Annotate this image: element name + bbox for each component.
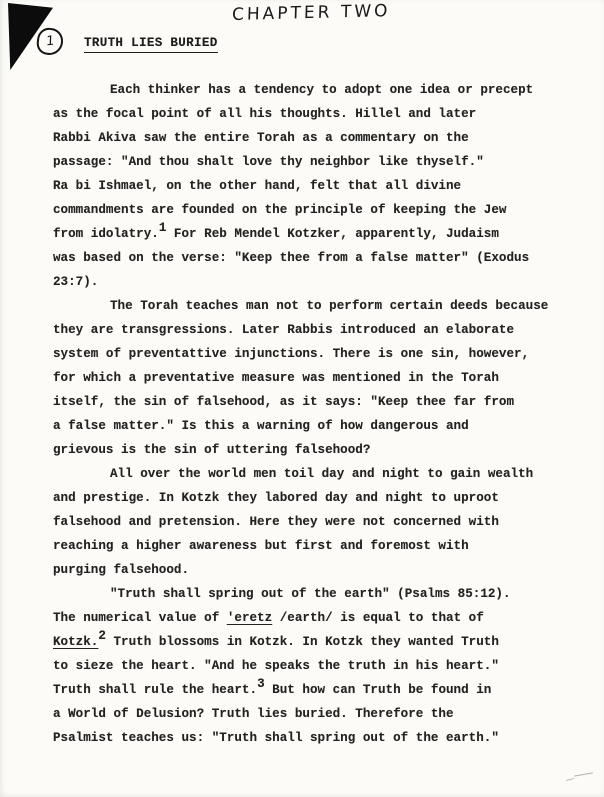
text-line: commandments are founded on the principl… [53, 198, 558, 222]
text-line: they are transgressions. Later Rabbis in… [53, 318, 558, 342]
paragraph: All over the world men toil day and nigh… [53, 462, 558, 582]
text-line: The numerical value of 'eretz /earth/ is… [53, 606, 558, 630]
pencil-mark-icon [574, 772, 593, 776]
underlined-word: 'eretz [227, 611, 272, 625]
text-line: passage: "And thou shalt love thy neighb… [53, 150, 558, 174]
text-line: All over the world men toil day and nigh… [53, 462, 558, 486]
page-number: 1 [45, 34, 54, 50]
text-line: Rabbi Akiva saw the entire Torah as a co… [53, 126, 558, 150]
text-line: "Truth shall spring out of the earth" (P… [53, 582, 558, 606]
text-line: 23:7). [53, 270, 558, 294]
footnote-superscript: 2 [98, 629, 106, 643]
document-body: Each thinker has a tendency to adopt one… [53, 78, 558, 750]
paragraph: Each thinker has a tendency to adopt one… [53, 78, 558, 294]
text-line: Each thinker has a tendency to adopt one… [53, 78, 558, 102]
page-number-badge: 1 [35, 27, 64, 57]
text-line: falsehood and pretension. Here they were… [53, 510, 558, 534]
text-line: grievous is the sin of uttering falsehoo… [53, 438, 558, 462]
document-title: TRUTH LIES BURIED [84, 36, 218, 53]
text-line: Psalmist teaches us: "Truth shall spring… [53, 726, 558, 750]
text-line: purging falsehood. [53, 558, 558, 582]
text-line: and prestige. In Kotzk they labored day … [53, 486, 558, 510]
text-line: was based on the verse: "Keep thee from … [53, 246, 558, 270]
text-line: Kotzk.2 Truth blossoms in Kotzk. In Kotz… [53, 630, 558, 654]
text-line: to sieze the heart. "And he speaks the t… [53, 654, 558, 678]
paragraph: The Torah teaches man not to perform cer… [53, 294, 558, 462]
text-line: Ra bi Ishmael, on the other hand, felt t… [53, 174, 558, 198]
text-line: Truth shall rule the heart.3 But how can… [53, 678, 558, 702]
chapter-heading-handwritten: CHAPTER TWO [232, 1, 391, 25]
text-line: from idolatry.1 For Reb Mendel Kotzker, … [53, 222, 558, 246]
text-line: for which a preventative measure was men… [53, 366, 558, 390]
scanned-document-page: CHAPTER TWO 1 TRUTH LIES BURIED Each thi… [0, 0, 604, 797]
footnote-superscript: 3 [257, 677, 265, 691]
text-line: as the focal point of all his thoughts. … [53, 102, 558, 126]
text-line: a World of Delusion? Truth lies buried. … [53, 702, 558, 726]
text-line: The Torah teaches man not to perform cer… [53, 294, 558, 318]
footnote-superscript: 1 [159, 221, 167, 235]
pencil-mark-icon [566, 778, 574, 781]
text-line: reaching a higher awareness but first an… [53, 534, 558, 558]
text-line: itself, the sin of falsehood, as it says… [53, 390, 558, 414]
text-line: a false matter." Is this a warning of ho… [53, 414, 558, 438]
underlined-word: Kotzk. [53, 635, 98, 649]
paragraph: "Truth shall spring out of the earth" (P… [53, 582, 558, 750]
text-line: system of preventattive injunctions. The… [53, 342, 558, 366]
